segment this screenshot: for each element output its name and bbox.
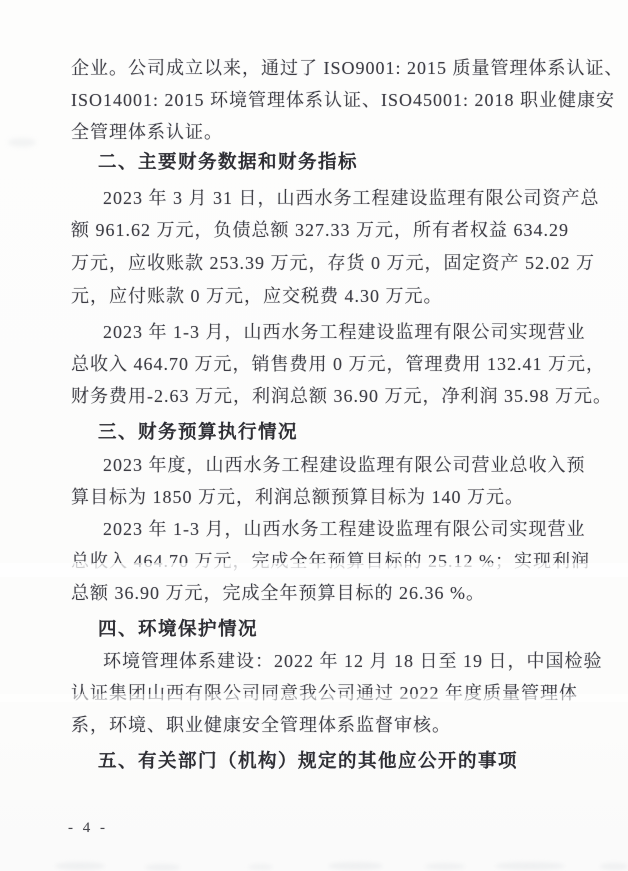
body-text-line: 总收入 464.70 万元，销售费用 0 万元，管理费用 132.41 万元， bbox=[71, 352, 558, 376]
body-text-line: 总收入 464.70 万元，完成全年预算目标的 25.12 %；实现利润 bbox=[71, 549, 558, 573]
body-text-line: 总额 36.90 万元，完成全年预算目标的 26.36 %。 bbox=[71, 581, 558, 605]
scan-smudge bbox=[248, 864, 273, 870]
scan-smudge bbox=[328, 862, 383, 870]
scan-smudge bbox=[600, 863, 628, 870]
document-page: 企业。公司成立以来，通过了 ISO9001: 2015 质量管理体系认证、 IS… bbox=[0, 0, 628, 871]
scan-smudge bbox=[425, 863, 465, 870]
body-text-line: 2023 年 3 月 31 日，山西水务工程建设监理有限公司资产总 bbox=[103, 186, 558, 210]
body-text-line: 全管理体系认证。 bbox=[71, 120, 558, 144]
section-heading-environmental-protection: 四、环境保护情况 bbox=[98, 617, 558, 641]
section-heading-other-disclosures: 五、有关部门（机构）规定的其他应公开的事项 bbox=[98, 749, 558, 773]
scan-smudge bbox=[8, 138, 36, 147]
scan-smudge bbox=[145, 864, 180, 871]
body-text-line: 认证集团山西有限公司同意我公司通过 2022 年度质量管理体 bbox=[71, 681, 558, 705]
body-text-line: ISO14001: 2015 环境管理体系认证、ISO45001: 2018 职… bbox=[71, 88, 558, 112]
section-heading-budget-execution: 三、财务预算执行情况 bbox=[98, 420, 558, 444]
body-text-line: 2023 年 1-3 月，山西水务工程建设监理有限公司实现营业 bbox=[103, 320, 558, 344]
body-text-line: 2023 年 1-3 月，山西水务工程建设监理有限公司实现营业 bbox=[103, 517, 558, 541]
body-text-line: 2023 年度，山西水务工程建设监理有限公司营业总收入预 bbox=[103, 453, 558, 477]
body-text-line: 算目标为 1850 万元，利润总额预算目标为 140 万元。 bbox=[71, 485, 558, 509]
scan-smudge bbox=[495, 862, 565, 870]
section-heading-financial-data: 二、主要财务数据和财务指标 bbox=[98, 150, 558, 174]
body-text-line: 财务费用-2.63 万元，利润总额 36.90 万元，净利润 35.98 万元。 bbox=[71, 384, 558, 408]
body-text-line: 系，环境、职业健康安全管理体系监督审核。 bbox=[71, 713, 558, 737]
body-text-line: 额 961.62 万元，负债总额 327.33 万元，所有者权益 634.29 bbox=[71, 218, 558, 242]
body-text-line: 企业。公司成立以来，通过了 ISO9001: 2015 质量管理体系认证、 bbox=[71, 56, 558, 80]
body-text-line: 万元，应收账款 253.39 万元，存货 0 万元，固定资产 52.02 万 bbox=[71, 251, 558, 275]
page-number: - 4 - bbox=[68, 818, 108, 838]
body-text-line: 元，应付账款 0 万元，应交税费 4.30 万元。 bbox=[71, 284, 558, 308]
body-text-line: 环境管理体系建设：2022 年 12 月 18 日至 19 日，中国检验 bbox=[103, 649, 558, 673]
scan-smudge bbox=[55, 862, 105, 870]
